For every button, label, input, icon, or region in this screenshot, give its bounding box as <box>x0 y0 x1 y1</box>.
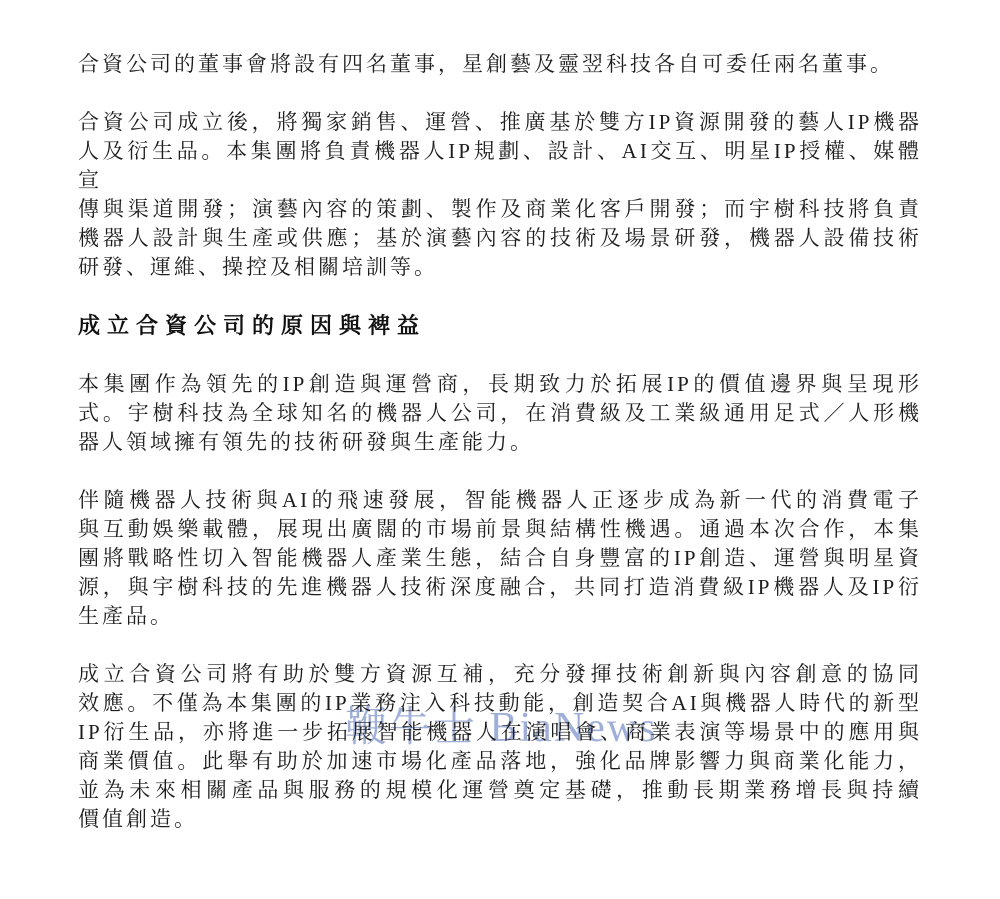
document-body: 合資公司的董事會將設有四名董事，星創藝及靈翌科技各自可委任兩名董事。 合資公司成… <box>78 50 922 863</box>
text-line: 合資公司成立後，將獨家銷售、運營、推廣基於雙方IP資源開發的藝人IP機器 <box>78 108 922 137</box>
document-page: 鞭牛士 BiaNews 合資公司的董事會將設有四名董事，星創藝及靈翌科技各自可委… <box>0 0 1000 899</box>
text-line: 與互動娛樂載體，展現出廣闊的市場前景與結構性機遇。通過本次合作，本集 <box>78 515 922 544</box>
text-line: 機器人設計與生產或供應；基於演藝內容的技術及場景研發，機器人設備技術 <box>78 224 922 253</box>
paragraph-group-and-unitree-intro: 本集團作為領先的IP創造與運營商，長期致力於拓展IP的價值邊界與呈現形式。宇樹科… <box>78 370 922 457</box>
text-line: 人及衍生品。本集團將負責機器人IP規劃、設計、AI交互、明星IP授權、媒體宣 <box>78 137 922 195</box>
text-line: 並為未來相關產品與服務的規模化運營奠定基礎，推動長期業務增長與持續 <box>78 776 922 805</box>
text-line: 伴隨機器人技術與AI的飛速發展，智能機器人正逐步成為新一代的消費電子 <box>78 486 922 515</box>
text-line: 效應。不僅為本集團的IP業務注入科技動能，創造契合AI與機器人時代的新型 <box>78 689 922 718</box>
paragraph-synergy-benefits: 成立合資公司將有助於雙方資源互補，充分發揮技術創新與內容創意的協同效應。不僅為本… <box>78 660 922 834</box>
text-line: 式。宇樹科技為全球知名的機器人公司，在消費級及工業級通用足式／人形機 <box>78 399 922 428</box>
text-line: IP衍生品，亦將進一步拓展智能機器人在演唱會、商業表演等場景中的應用與 <box>78 718 922 747</box>
text-line: 傳與渠道開發；演藝內容的策劃、製作及商業化客戶開發；而宇樹科技將負責 <box>78 195 922 224</box>
text-line: 價值創造。 <box>78 805 922 834</box>
text-line: 商業價值。此舉有助於加速市場化產品落地，強化品牌影響力與商業化能力， <box>78 747 922 776</box>
text-line: 團將戰略性切入智能機器人產業生態，結合自身豐富的IP創造、運營與明星資 <box>78 544 922 573</box>
text-line: 本集團作為領先的IP創造與運營商，長期致力於拓展IP的價值邊界與呈現形 <box>78 370 922 399</box>
section-heading-reasons-and-benefits: 成立合資公司的原因與裨益 <box>78 311 922 340</box>
text-line: 源，與宇樹科技的先進機器人技術深度融合，共同打造消費級IP機器人及IP衍 <box>78 573 922 602</box>
text-line: 器人領域擁有領先的技術研發與生產能力。 <box>78 428 922 457</box>
paragraph-robot-ai-trend: 伴隨機器人技術與AI的飛速發展，智能機器人正逐步成為新一代的消費電子與互動娛樂載… <box>78 486 922 631</box>
paragraph-board-composition: 合資公司的董事會將設有四名董事，星創藝及靈翌科技各自可委任兩名董事。 <box>78 50 922 79</box>
text-line: 生產品。 <box>78 602 922 631</box>
text-line: 成立合資公司將有助於雙方資源互補，充分發揮技術創新與內容創意的協同 <box>78 660 922 689</box>
text-line: 合資公司的董事會將設有四名董事，星創藝及靈翌科技各自可委任兩名董事。 <box>78 50 922 79</box>
paragraph-jv-responsibilities: 合資公司成立後，將獨家銷售、運營、推廣基於雙方IP資源開發的藝人IP機器人及衍生… <box>78 108 922 282</box>
text-line: 研發、運維、操控及相關培訓等。 <box>78 253 922 282</box>
